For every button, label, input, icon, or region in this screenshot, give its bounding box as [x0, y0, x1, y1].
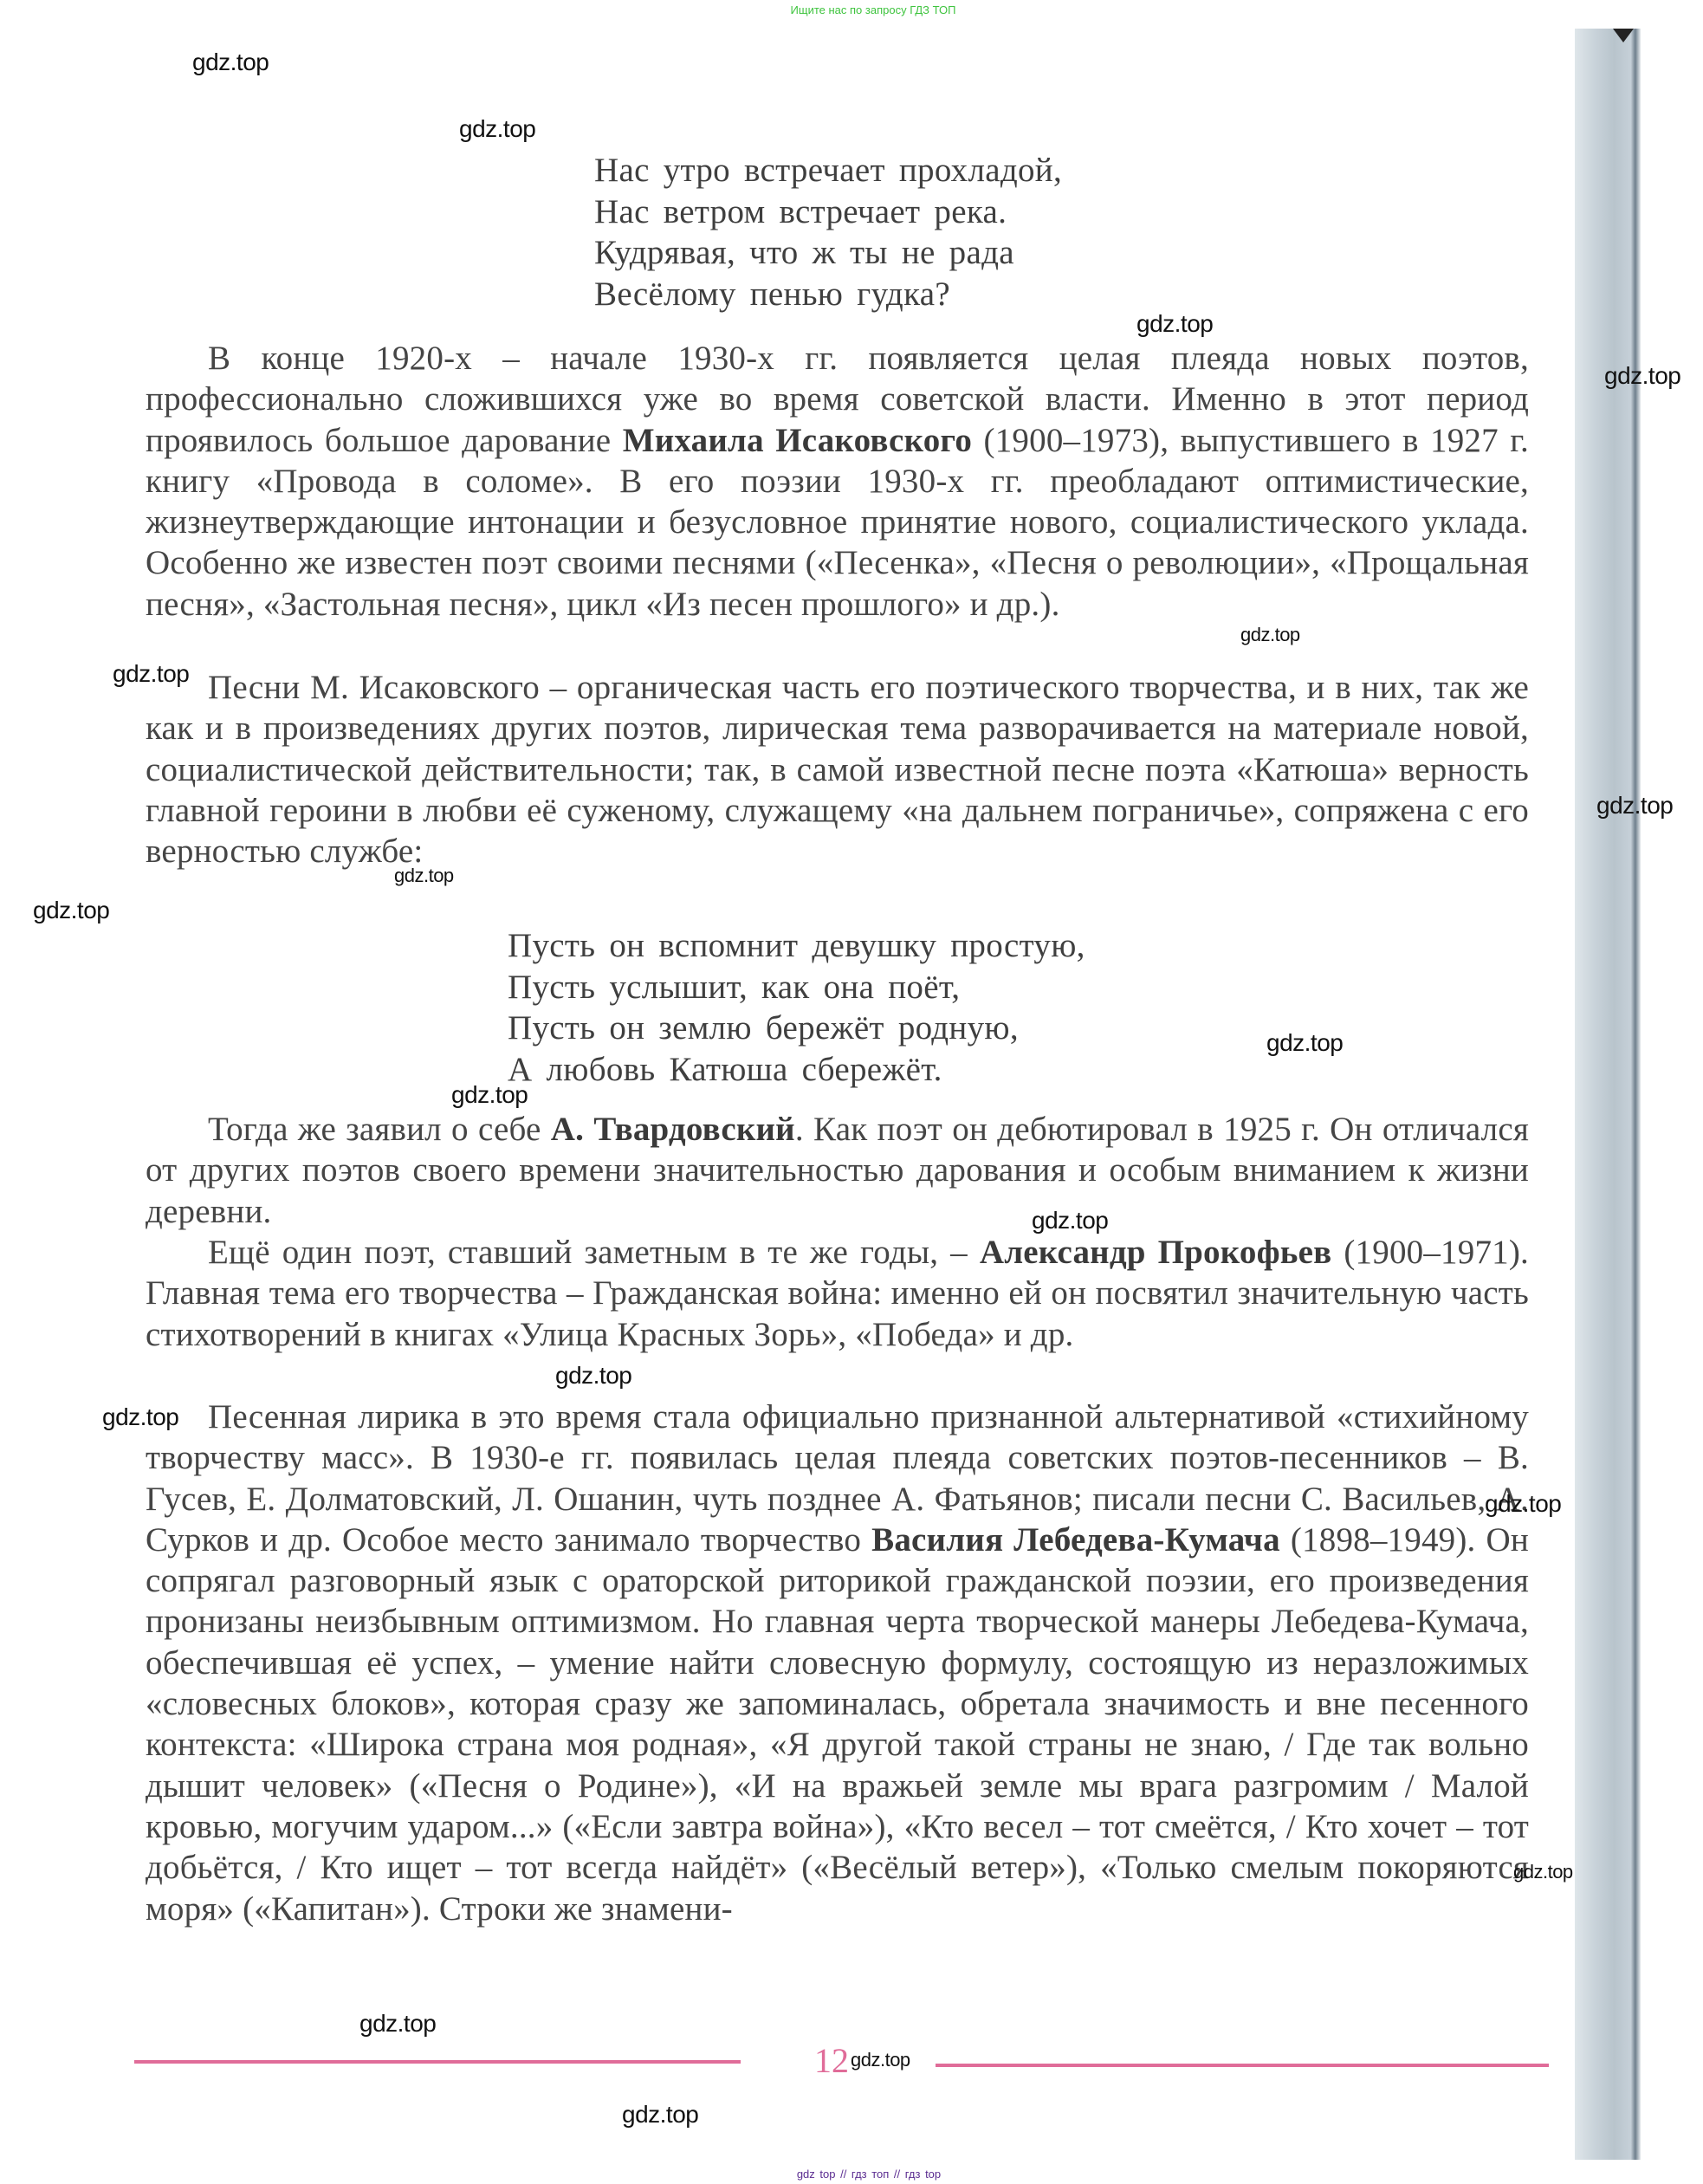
poem-line: Пусть услышит, как она поёт, — [508, 967, 1085, 1008]
watermark: gdz.top — [451, 1081, 528, 1109]
paragraph-isakovsky: В конце 1920-х – начале 1930-х гг. появл… — [146, 338, 1529, 625]
watermark: gdz.top — [1485, 1490, 1561, 1518]
watermark: gdz.top — [113, 660, 189, 688]
footer-rule-left — [134, 2060, 741, 2064]
top-banner: Ищите нас по запросу ГДЗ ТОП — [0, 3, 1703, 16]
paragraph-isakovsky-songs: Песни М. Исаковского – органическая част… — [146, 667, 1529, 872]
footer-watermark: gdz top // гдз топ // гдз top — [0, 2168, 1703, 2181]
poem-excerpt-katyusha: Пусть он вспомнит девушку простую, Пусть… — [508, 925, 1085, 1090]
watermark: gdz.top — [1266, 1029, 1343, 1057]
book-spine-shadow — [1575, 29, 1641, 2160]
watermark: gdz.top — [359, 2010, 436, 2038]
paragraph-tvardovsky: Тогда же заявил о себе А. Твардовский. К… — [146, 1109, 1529, 1232]
poem-line: Пусть он землю бережёт родную, — [508, 1008, 1085, 1049]
footer-rule-right — [936, 2064, 1549, 2067]
poem-line: Кудрявая, что ж ты не рада — [594, 232, 1062, 274]
corner-mark-icon — [1613, 29, 1634, 42]
watermark: gdz.top — [1513, 1861, 1573, 1883]
paragraph-prokofiev: Ещё один поэт, ставший заметным в те же … — [146, 1232, 1529, 1355]
author-name-bold: А. Твардовский — [551, 1111, 795, 1148]
author-name-bold: Василия Лебедева-Кумача — [871, 1521, 1280, 1559]
watermark: gdz.top — [459, 115, 535, 143]
watermark: gdz.top — [1240, 624, 1300, 646]
watermark: gdz.top — [1136, 310, 1213, 338]
poem-line: Пусть он вспомнит девушку простую, — [508, 925, 1085, 967]
page-number: 12 — [814, 2040, 849, 2081]
author-name-bold: Александр Прокофьев — [980, 1234, 1332, 1271]
watermark: gdz.top — [555, 1362, 631, 1390]
author-name-bold: Михаила Исаковского — [623, 422, 972, 459]
poem-line: Весёлому пенью гудка? — [594, 274, 1062, 315]
watermark: gdz.top — [622, 2101, 698, 2129]
watermark: gdz.top — [1596, 792, 1673, 820]
watermark: gdz.top — [33, 897, 109, 924]
watermark: gdz.top — [1604, 362, 1680, 390]
poem-line: Нас утро встречает прохладой, — [594, 150, 1062, 191]
paragraph-lebedev-kumach: Песенная лирика в это время стала официа… — [146, 1397, 1529, 1929]
watermark: gdz.top — [192, 49, 269, 76]
watermark: gdz.top — [394, 865, 454, 887]
poem-line: Нас ветром встречает река. — [594, 191, 1062, 233]
watermark: gdz.top — [1032, 1207, 1108, 1235]
watermark: gdz.top — [851, 2049, 910, 2071]
poem-line: А любовь Катюша сбережёт. — [508, 1049, 1085, 1091]
watermark: gdz.top — [102, 1403, 178, 1431]
poem-excerpt-1: Нас утро встречает прохладой, Нас ветром… — [594, 150, 1062, 314]
